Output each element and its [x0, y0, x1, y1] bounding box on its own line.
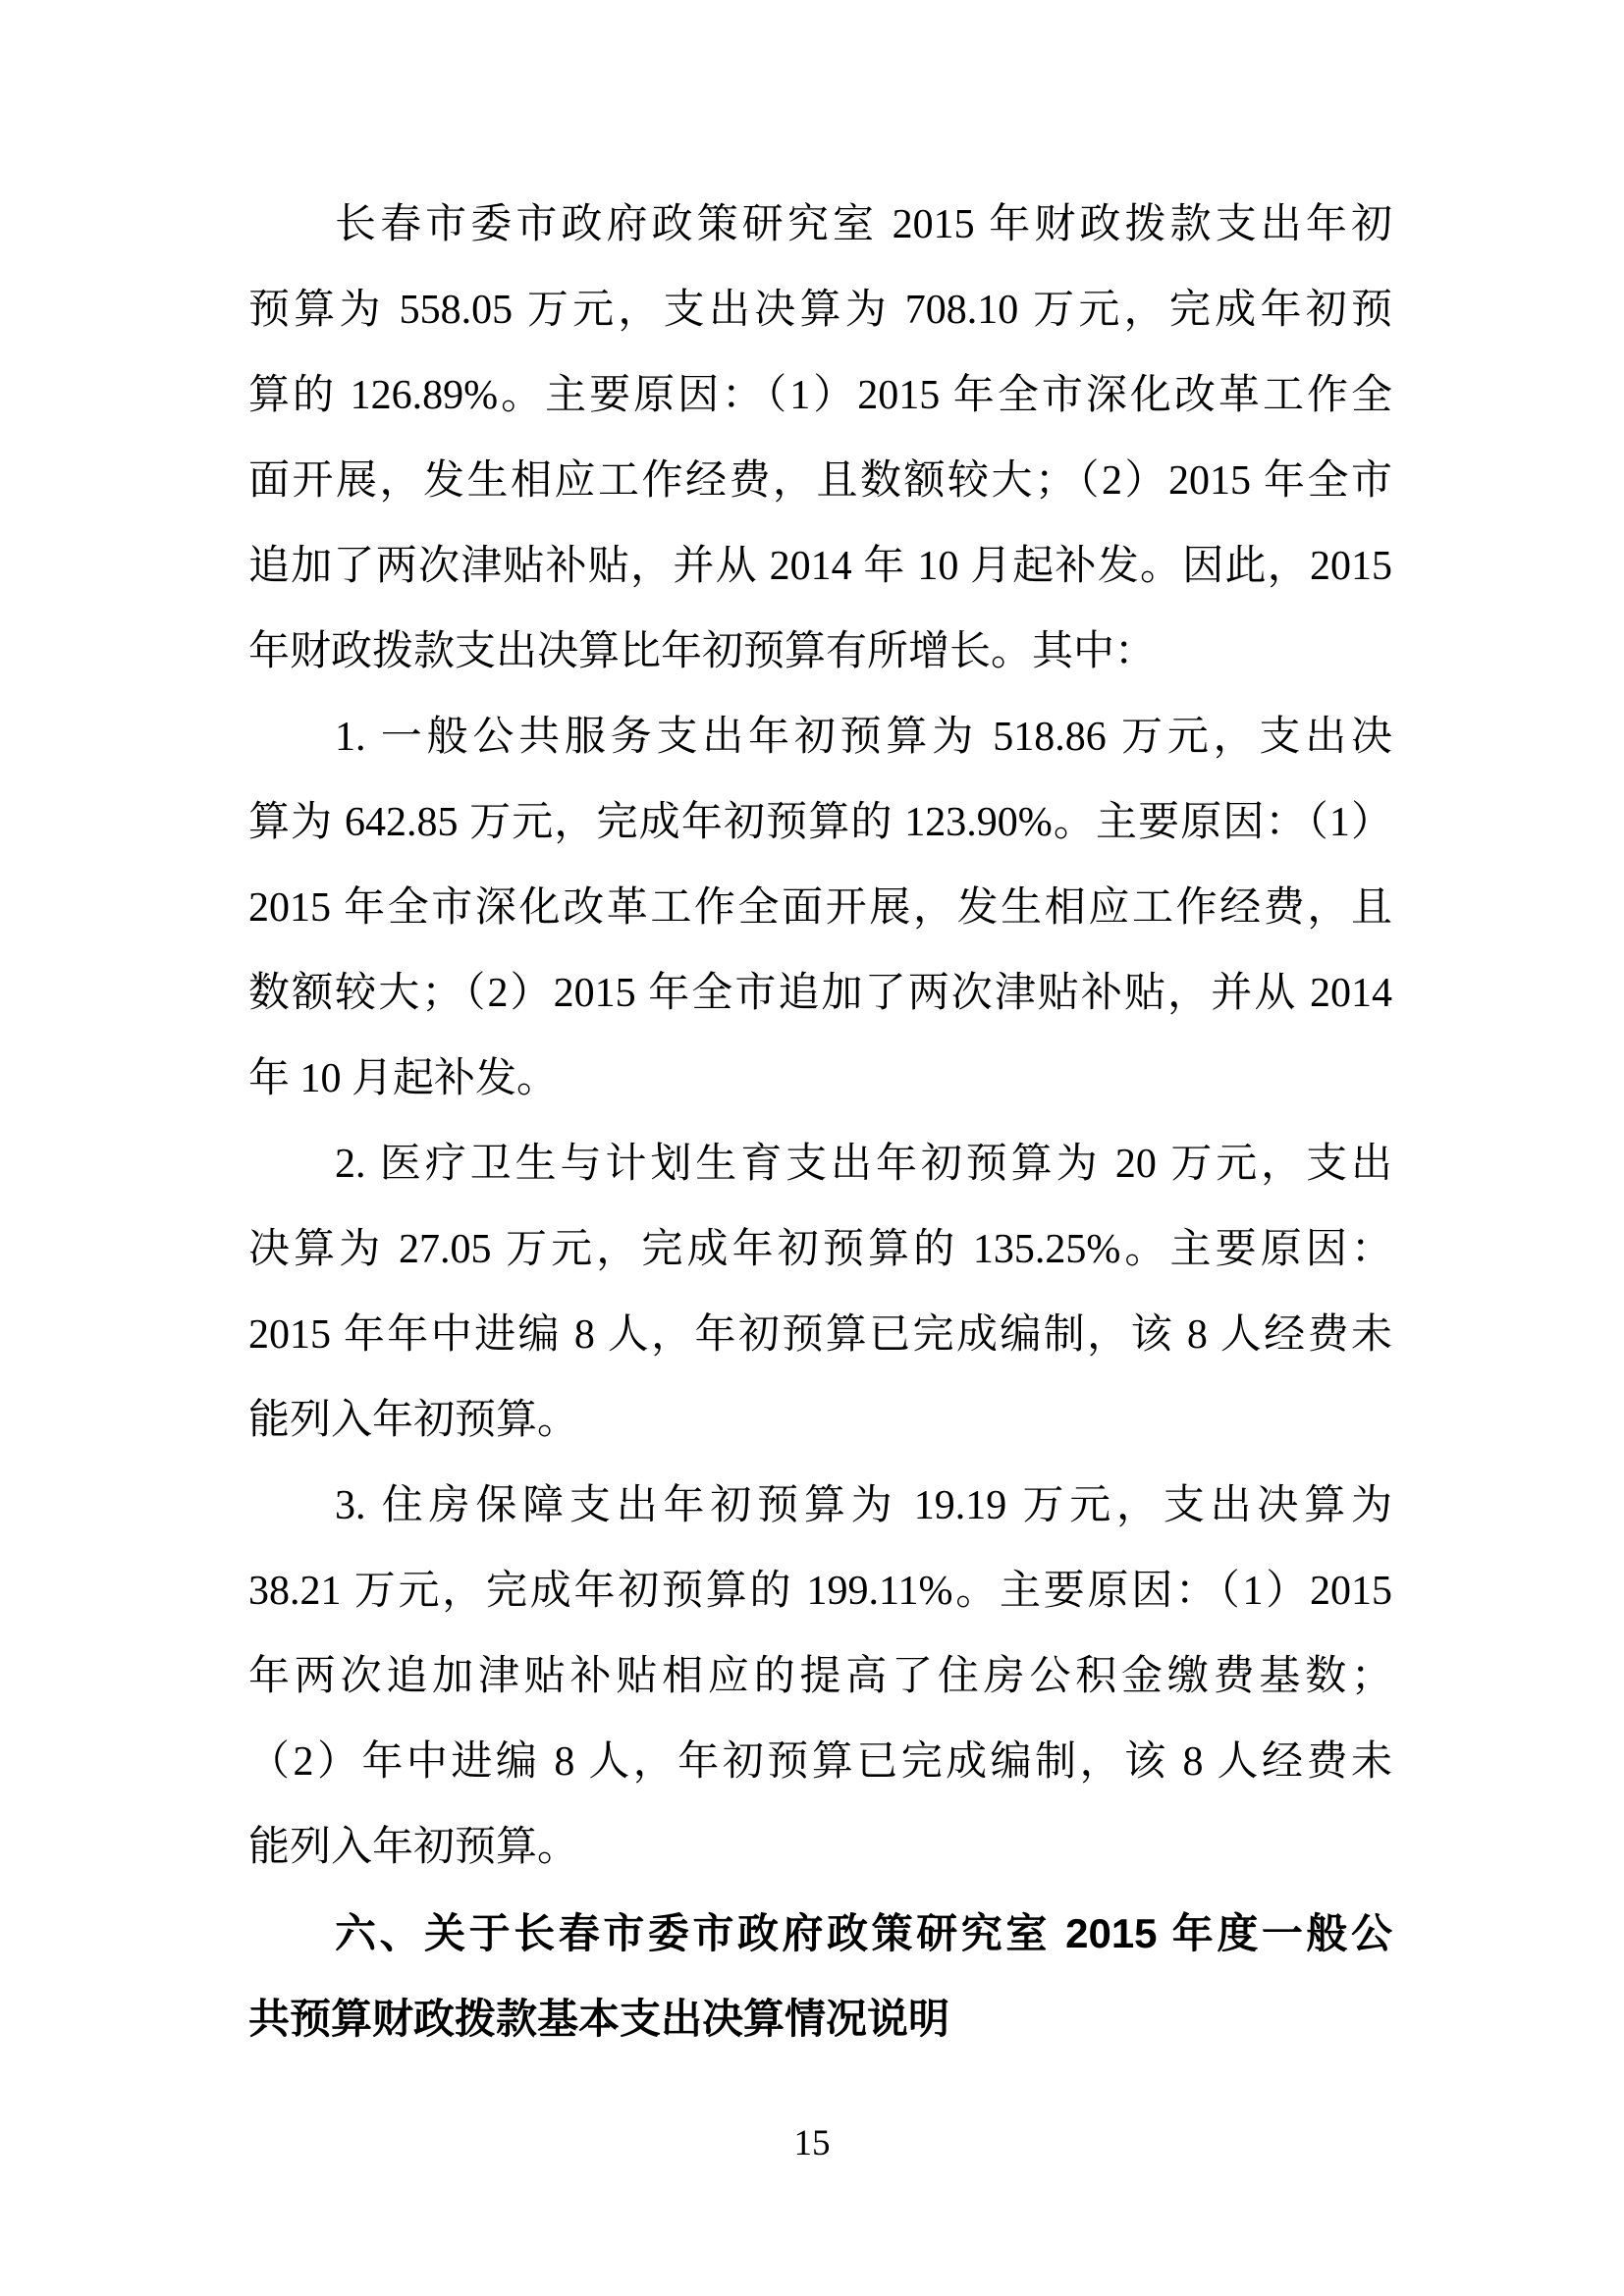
text-line: 年财政拨款支出决算比年初预算有所增长。其中： — [248, 610, 1392, 695]
page-number: 15 — [794, 2123, 831, 2163]
text-line: 共预算财政拨款基本支出决算情况说明 — [248, 1976, 1392, 2061]
paragraph: 长春市委市政府政策研究室 2015 年财政拨款支出年初预算为 558.05 万元… — [248, 183, 1392, 695]
section-heading: 六、关于长春市委市政府政策研究室 2015 年度一般公共预算财政拨款基本支出决算… — [248, 1891, 1392, 2061]
text-line: 预算为 558.05 万元，支出决算为 708.10 万元，完成年初预 — [248, 268, 1392, 353]
text-line: 数额较大；（2）2015 年全市追加了两次津贴补贴，并从 2014 — [248, 951, 1392, 1037]
text-line: 算的 126.89%。主要原因：（1）2015 年全市深化改革工作全 — [248, 353, 1392, 439]
text-line: （2）年中进编 8 人，年初预算已完成编制，该 8 人经费未 — [248, 1720, 1392, 1805]
text-line: 年两次追加津贴补贴相应的提高了住房公积金缴费基数； — [248, 1634, 1392, 1720]
text-line: 1. 一般公共服务支出年初预算为 518.86 万元，支出决 — [248, 695, 1392, 780]
text-line: 决算为 27.05 万元，完成年初预算的 135.25%。主要原因： — [248, 1207, 1392, 1293]
text-line: 长春市委市政府政策研究室 2015 年财政拨款支出年初 — [248, 183, 1392, 268]
text-line: 3. 住房保障支出年初预算为 19.19 万元，支出决算为 — [248, 1464, 1392, 1549]
document-body: 长春市委市政府政策研究室 2015 年财政拨款支出年初预算为 558.05 万元… — [248, 183, 1392, 2061]
text-line: 2015 年年中进编 8 人，年初预算已完成编制，该 8 人经费未 — [248, 1293, 1392, 1378]
text-line: 面开展，发生相应工作经费，且数额较大；（2）2015 年全市 — [248, 439, 1392, 524]
text-line: 38.21 万元，完成年初预算的 199.11%。主要原因：（1）2015 — [248, 1549, 1392, 1634]
text-line: 六、关于长春市委市政府政策研究室 2015 年度一般公 — [248, 1891, 1392, 1976]
paragraph: 1. 一般公共服务支出年初预算为 518.86 万元，支出决算为 642.85 … — [248, 695, 1392, 1122]
text-line: 追加了两次津贴补贴，并从 2014 年 10 月起补发。因此，2015 — [248, 524, 1392, 610]
text-line: 2015 年全市深化改革工作全面开展，发生相应工作经费，且 — [248, 866, 1392, 951]
text-line: 算为 642.85 万元，完成年初预算的 123.90%。主要原因：（1） — [248, 780, 1392, 866]
document-page: 长春市委市政府政策研究室 2015 年财政拨款支出年初预算为 558.05 万元… — [0, 0, 1624, 2296]
paragraph: 2. 医疗卫生与计划生育支出年初预算为 20 万元，支出决算为 27.05 万元… — [248, 1122, 1392, 1464]
text-line: 2. 医疗卫生与计划生育支出年初预算为 20 万元，支出 — [248, 1122, 1392, 1207]
text-line: 年 10 月起补发。 — [248, 1037, 1392, 1122]
text-line: 能列入年初预算。 — [248, 1378, 1392, 1464]
page-footer: 15 — [0, 2118, 1624, 2169]
paragraph: 3. 住房保障支出年初预算为 19.19 万元，支出决算为38.21 万元，完成… — [248, 1464, 1392, 1891]
text-line: 能列入年初预算。 — [248, 1805, 1392, 1891]
